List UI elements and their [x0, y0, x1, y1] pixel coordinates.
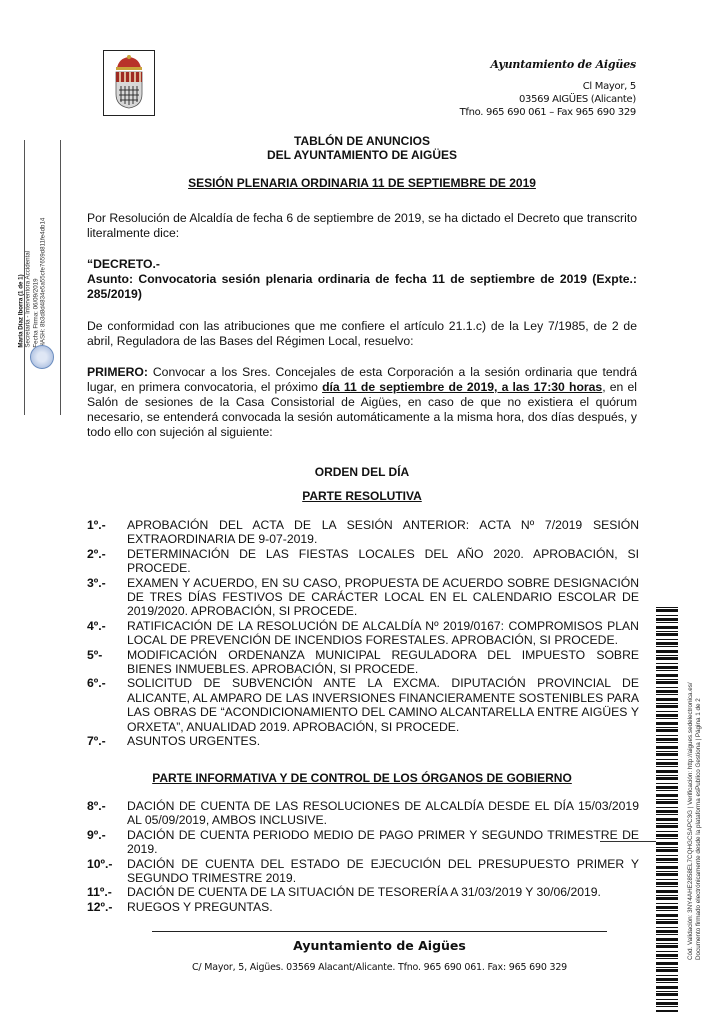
session-date-highlight: día 11 de septiembre de 2019, a las 17:3…	[322, 380, 602, 394]
agenda-title: ORDEN DEL DÍA	[0, 465, 724, 479]
agenda-item-number: 8º.-	[87, 799, 127, 828]
primero-paragraph: PRIMERO: Convocar a los Sres. Concejales…	[87, 365, 637, 440]
agenda-section-resolutiva: 1º.-Aprobación del acta de la sesión ant…	[0, 518, 552, 749]
address-city: 03569 AIGÜES (Alicante)	[460, 93, 636, 106]
validation-code: Cód. Validación: 3NY4AHE2858EL7CQHGCSAPC…	[687, 655, 695, 960]
agenda-item: 1º.-Aprobación del acta de la sesión ant…	[87, 518, 639, 547]
agenda-item-text: Solicitud de subvención ante la Excma. D…	[127, 676, 639, 734]
board-title-line1: TABLÓN DE ANUNCIOS	[0, 134, 724, 148]
agenda-item-number: 5º-	[87, 648, 127, 677]
primero-label: PRIMERO:	[87, 365, 148, 379]
agenda-item-text: Examen y acuerdo, en su caso, propuesta …	[127, 576, 639, 619]
session-title: SESIÓN PLENARIA ORDINARIA 11 DE SEPTIEMB…	[0, 176, 724, 190]
agenda-item: 5º-Modificación ordenanza municipal regu…	[87, 648, 639, 677]
agenda-item-number: 11º.-	[87, 885, 127, 899]
agenda-section-informativa: 8º.-Dación de cuenta de las resoluciones…	[0, 799, 552, 914]
agenda-item-number: 3º.-	[87, 576, 127, 619]
agenda-item-text: Asuntos urgentes.	[127, 734, 639, 748]
agenda-item: 11º.-Dación de cuenta de la situación de…	[87, 885, 639, 899]
agenda-item-text: Modificación ordenanza municipal regulad…	[127, 648, 639, 677]
agenda-item-text: Dación de cuenta periodo medio de pago p…	[127, 828, 639, 857]
validation-platform: Documento firmado electrónicamente desde…	[695, 655, 703, 960]
agenda-item-number: 9º.-	[87, 828, 127, 857]
agenda-item: 12º.-Ruegos y preguntas.	[87, 900, 639, 914]
agenda-item: 6º.-Solicitud de subvención ante la Excm…	[87, 676, 639, 734]
section-resolutiva-title: PARTE RESOLUTIVA	[0, 489, 724, 503]
intro-paragraph: Por Resolución de Alcaldía de fecha 6 de…	[87, 211, 637, 241]
agenda-item: 3º.-Examen y acuerdo, en su caso, propue…	[87, 576, 639, 619]
footer-address: C/ Mayor, 5, Aigües. 03569 Alacant/Alica…	[152, 962, 607, 973]
board-title-line2: DEL AYUNTAMIENTO DE AIGÜES	[0, 148, 724, 162]
agenda-item-number: 2º.-	[87, 547, 127, 576]
agenda-item: 2º.-Determinación de las fiestas locales…	[87, 547, 639, 576]
barcode-connector-line	[600, 841, 656, 842]
footer-org-name: Ayuntamiento de Aigües	[152, 938, 607, 953]
agenda-item: 10º.-Dación de cuenta del estado de ejec…	[87, 857, 639, 886]
agenda-item: 9º.-Dación de cuenta periodo medio de pa…	[87, 828, 639, 857]
agenda-item-number: 1º.-	[87, 518, 127, 547]
decree-label: “DECRETO.-	[87, 257, 637, 272]
legal-basis-paragraph: De conformidad con las atribuciones que …	[87, 319, 637, 349]
letterhead-org-name: Ayuntamiento de Aigües	[491, 58, 636, 71]
agenda-item-number: 4º.-	[87, 619, 127, 648]
agenda-item-number: 7º.-	[87, 734, 127, 748]
agenda-item: 4º.-Ratificación de la resolución de alc…	[87, 619, 639, 648]
agenda-item-text: Dación de cuenta del estado de ejecución…	[127, 857, 639, 886]
agenda-item: 8º.-Dación de cuenta de las resoluciones…	[87, 799, 639, 828]
agenda-item-number: 12º.-	[87, 900, 127, 914]
agenda-item-number: 6º.-	[87, 676, 127, 734]
letterhead-address: Cl Mayor, 5 03569 AIGÜES (Alicante) Tfno…	[460, 80, 636, 119]
agenda-item-text: Dación de cuenta de las resoluciones de …	[127, 799, 639, 828]
agenda-item-text: Determinación de las fiestas locales del…	[127, 547, 639, 576]
agenda-item-text: Aprobación del acta de la sesión anterio…	[127, 518, 639, 547]
digital-signature-seal-icon	[30, 345, 54, 369]
footer-divider	[152, 931, 607, 932]
municipal-coat-of-arms-icon	[103, 50, 155, 116]
barcode-icon	[656, 607, 678, 1012]
validation-text: Cód. Validación: 3NY4AHE2858EL7CQHGCSAPC…	[687, 655, 702, 960]
agenda-item-text: Ruegos y preguntas.	[127, 900, 639, 914]
agenda-item: 7º.-Asuntos urgentes.	[87, 734, 639, 748]
agenda-item-number: 10º.-	[87, 857, 127, 886]
address-phone: Tfno. 965 690 061 – Fax 965 690 329	[460, 106, 636, 119]
address-street: Cl Mayor, 5	[460, 80, 636, 93]
decree-subject: Asunto: Convocatoria sesión plenaria ord…	[87, 272, 637, 302]
section-informativa-title: PARTE INFORMATIVA Y DE CONTROL DE LOS ÓR…	[0, 771, 724, 785]
agenda-item-text: Dación de cuenta de la situación de teso…	[127, 885, 639, 899]
agenda-item-text: Ratificación de la resolución de alcaldí…	[127, 619, 639, 648]
